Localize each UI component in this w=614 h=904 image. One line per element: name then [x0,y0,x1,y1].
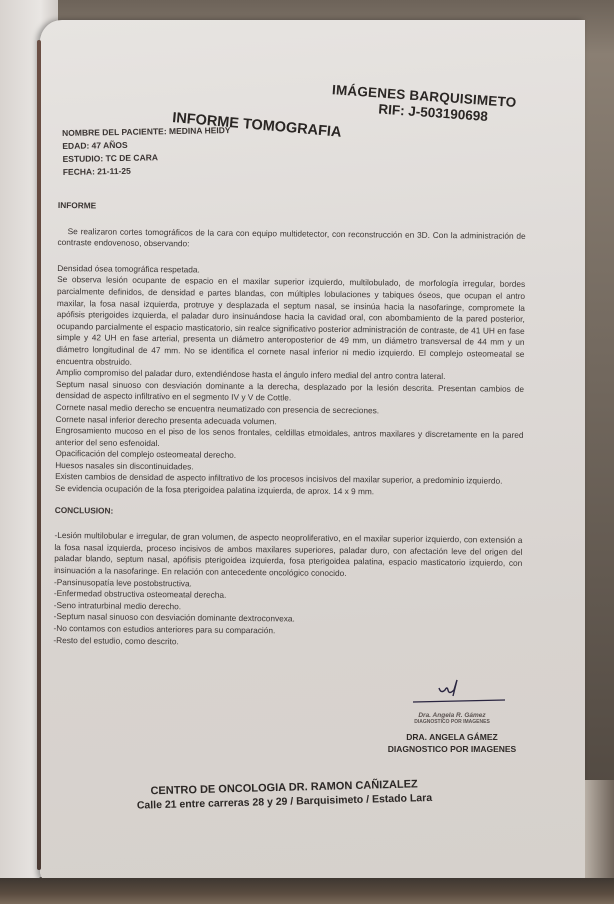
report-body: INFORME Se realizaron cortes tomográfico… [53,200,526,651]
doctor-info: DRA. ANGELA GÁMEZ DIAGNOSTICO POR IMAGEN… [382,731,522,755]
stamp-specialty: DIAGNOSTICO POR IMAGENES [382,719,522,725]
finding-item: Se observa lesión ocupante de espacio en… [56,274,525,372]
conclusion-item: -Lesión multilobular e irregular, de gra… [54,530,522,581]
background-surface [0,878,614,904]
signature-scribble-icon [409,674,509,706]
doctor-title: DIAGNOSTICO POR IMAGENES [382,743,522,755]
doctor-stamp: Dra. Angela R. Gámez DIAGNOSTICO POR IMA… [382,713,522,725]
page-binding [37,40,41,870]
conclusion-list: -Lesión multilobular e irregular, de gra… [53,530,522,651]
findings-list: Densidad ósea tomográfica respetada. Se … [55,263,525,500]
report-intro: Se realizaron cortes tomográficos de la … [57,226,525,254]
patient-info: NOMBRE DEL PACIENTE: MEDINA HEIDY EDAD: … [62,124,231,179]
doctor-name: DRA. ANGELA GÁMEZ [382,731,522,743]
signature-block: Dra. Angela R. Gámez DIAGNOSTICO POR IMA… [382,674,522,755]
